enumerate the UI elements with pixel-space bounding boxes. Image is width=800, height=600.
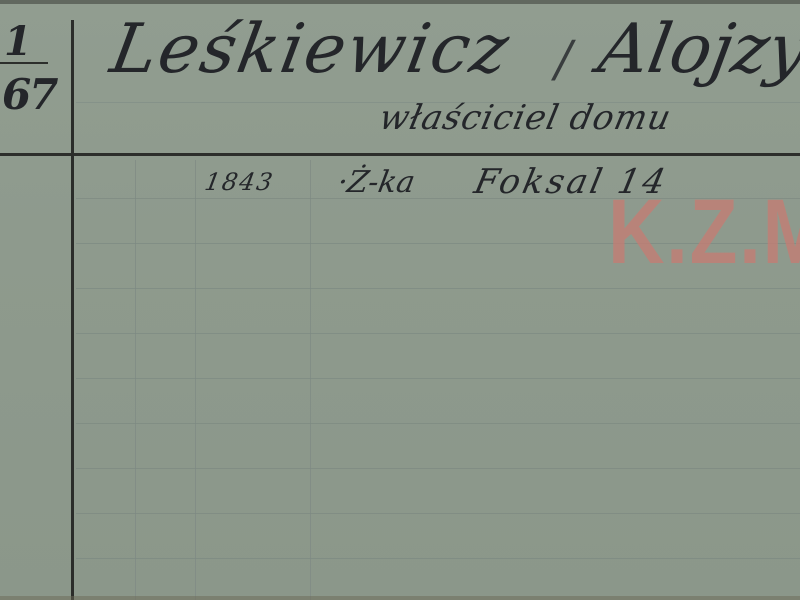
row-rule: [76, 288, 800, 289]
column-line-1: [135, 160, 136, 600]
card-top-edge: [0, 0, 800, 4]
surname: Leśkiewicz: [105, 10, 516, 89]
name-separator: /: [555, 30, 572, 88]
header-divider-line: [0, 153, 800, 156]
occupation: właściciel domu: [376, 98, 675, 138]
row-rule: [76, 333, 800, 334]
row-rule: [76, 558, 800, 559]
row-rule: [76, 468, 800, 469]
entry-year: 1843: [203, 168, 277, 196]
kzm-stamp: K.Z.M.: [608, 180, 800, 285]
card-number-fraction-line: [0, 62, 48, 64]
row-rule: [76, 378, 800, 379]
column-line-2: [195, 160, 196, 600]
index-card: 1 67 Leśkiewicz / Alojzy właściciel domu…: [0, 0, 800, 600]
card-bottom-edge: [0, 596, 800, 600]
margin-column-line: [71, 20, 74, 600]
first-name: Alojzy: [593, 10, 800, 89]
card-number-top: 1: [4, 18, 32, 65]
card-number-bottom: 67: [2, 70, 56, 119]
column-line-3: [310, 160, 311, 600]
entry-street-prefix: ·Ż-ka: [335, 165, 418, 200]
row-rule: [76, 423, 800, 424]
row-rule: [76, 513, 800, 514]
